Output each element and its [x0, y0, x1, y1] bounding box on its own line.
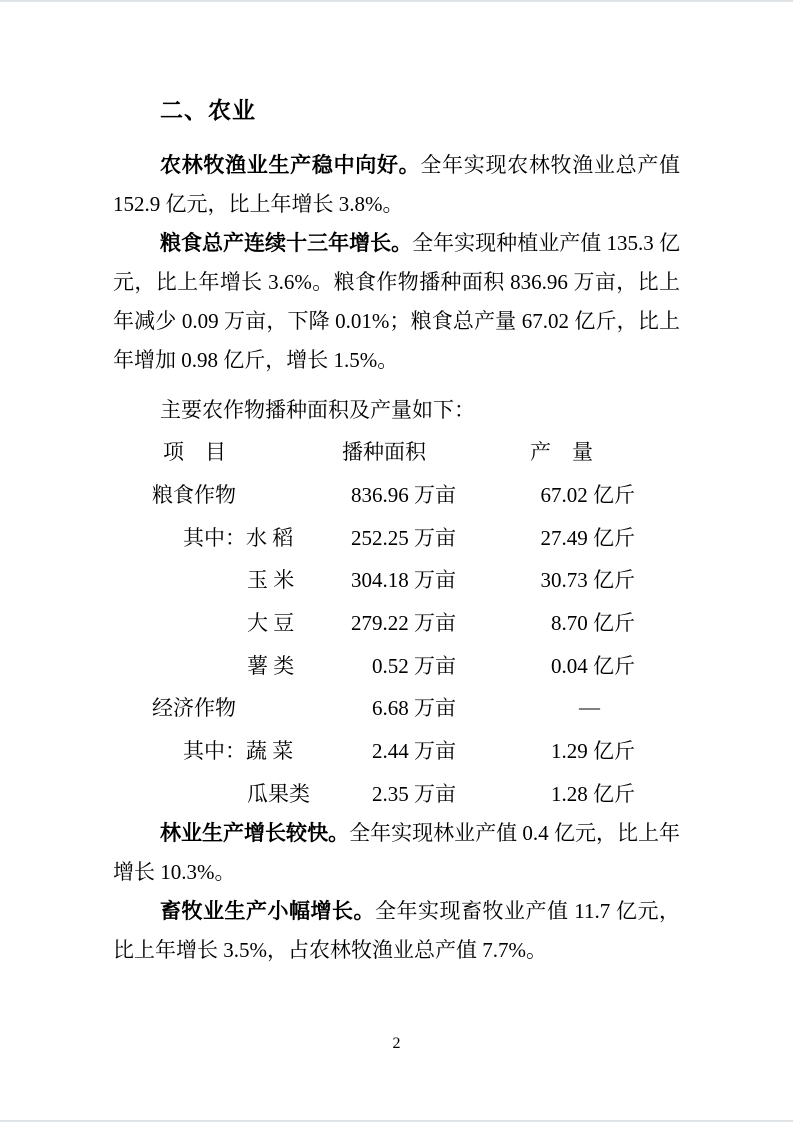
- output-cell: 1.28 亿斤: [456, 778, 635, 808]
- paragraph-lead: 林业生产增长较快。: [160, 821, 349, 845]
- header-area: 播种面积: [312, 436, 456, 466]
- area-cell: 279.22 万亩: [312, 607, 456, 637]
- header-item: 项 目: [152, 436, 312, 466]
- area-cell: 304.18 万亩: [312, 564, 456, 594]
- area-cell: 0.52 万亩: [312, 650, 456, 680]
- page-number: 2: [0, 1034, 793, 1054]
- output-cell: 8.70 亿斤: [456, 607, 635, 637]
- table-row: 其中：蔬 菜 2.44 万亩 1.29 亿斤: [152, 729, 680, 772]
- area-cell: 2.44 万亩: [312, 735, 456, 765]
- page-body: 二、农业 农林牧渔业生产稳中向好。全年实现农林牧渔业总产值 152.9 亿元，比…: [0, 96, 793, 970]
- header-output: 产 量: [456, 436, 635, 466]
- crops-table: 项 目 播种面积 产 量 粮食作物 836.96 万亩 67.02 亿斤 其中：…: [152, 430, 680, 814]
- area-cell: 2.35 万亩: [312, 778, 456, 808]
- output-cell: 0.04 亿斤: [456, 650, 635, 680]
- table-row: 经济作物 6.68 万亩 —: [152, 686, 680, 729]
- paragraph-lead: 粮食总产连续十三年增长。: [160, 231, 412, 255]
- table-header-row: 项 目 播种面积 产 量: [152, 430, 680, 473]
- paragraph: 主要农作物播种面积及产量如下：: [113, 391, 680, 430]
- output-cell: —: [456, 695, 635, 720]
- area-cell: 252.25 万亩: [312, 522, 456, 552]
- paragraph: 畜牧业生产小幅增长。全年实现畜牧业产值 11.7 亿元，比上年增长 3.5%，占…: [113, 892, 680, 970]
- output-cell: 1.29 亿斤: [456, 735, 635, 765]
- output-cell: 30.73 亿斤: [456, 564, 635, 594]
- table-row: 薯 类 0.52 万亩 0.04 亿斤: [152, 643, 680, 686]
- table-row: 粮食作物 836.96 万亩 67.02 亿斤: [152, 473, 680, 516]
- paragraph-lead: 畜牧业生产小幅增长。: [160, 899, 375, 923]
- area-cell: 836.96 万亩: [312, 479, 456, 509]
- table-row: 玉 米 304.18 万亩 30.73 亿斤: [152, 558, 680, 601]
- paragraph-lead: 农林牧渔业生产稳中向好。: [160, 153, 420, 177]
- item-cell: 其中：水 稻: [152, 522, 312, 552]
- item-cell: 瓜果类: [152, 778, 312, 808]
- area-cell: 6.68 万亩: [312, 692, 456, 722]
- paragraph: 农林牧渔业生产稳中向好。全年实现农林牧渔业总产值 152.9 亿元，比上年增长 …: [113, 146, 680, 224]
- paragraph: 林业生产增长较快。全年实现林业产值 0.4 亿元，比上年增长 10.3%。: [113, 814, 680, 892]
- item-cell: 经济作物: [152, 692, 312, 722]
- item-cell: 薯 类: [152, 650, 312, 680]
- item-cell: 玉 米: [152, 564, 312, 594]
- item-cell: 大 豆: [152, 607, 312, 637]
- paragraph: 粮食总产连续十三年增长。全年实现种植业产值 135.3 亿元，比上年增长 3.6…: [113, 224, 680, 380]
- table-row: 其中：水 稻 252.25 万亩 27.49 亿斤: [152, 515, 680, 558]
- paragraph-text: 主要农作物播种面积及产量如下：: [160, 398, 475, 422]
- table-row: 大 豆 279.22 万亩 8.70 亿斤: [152, 601, 680, 644]
- output-cell: 67.02 亿斤: [456, 479, 635, 509]
- page-top-edge: [0, 0, 793, 2]
- item-cell: 粮食作物: [152, 479, 312, 509]
- section-heading: 二、农业: [113, 96, 680, 126]
- document-page: { "document": { "heading": "二、农业", "para…: [0, 0, 793, 1122]
- table-row: 瓜果类 2.35 万亩 1.28 亿斤: [152, 772, 680, 815]
- item-cell: 其中：蔬 菜: [152, 735, 312, 765]
- output-cell: 27.49 亿斤: [456, 522, 635, 552]
